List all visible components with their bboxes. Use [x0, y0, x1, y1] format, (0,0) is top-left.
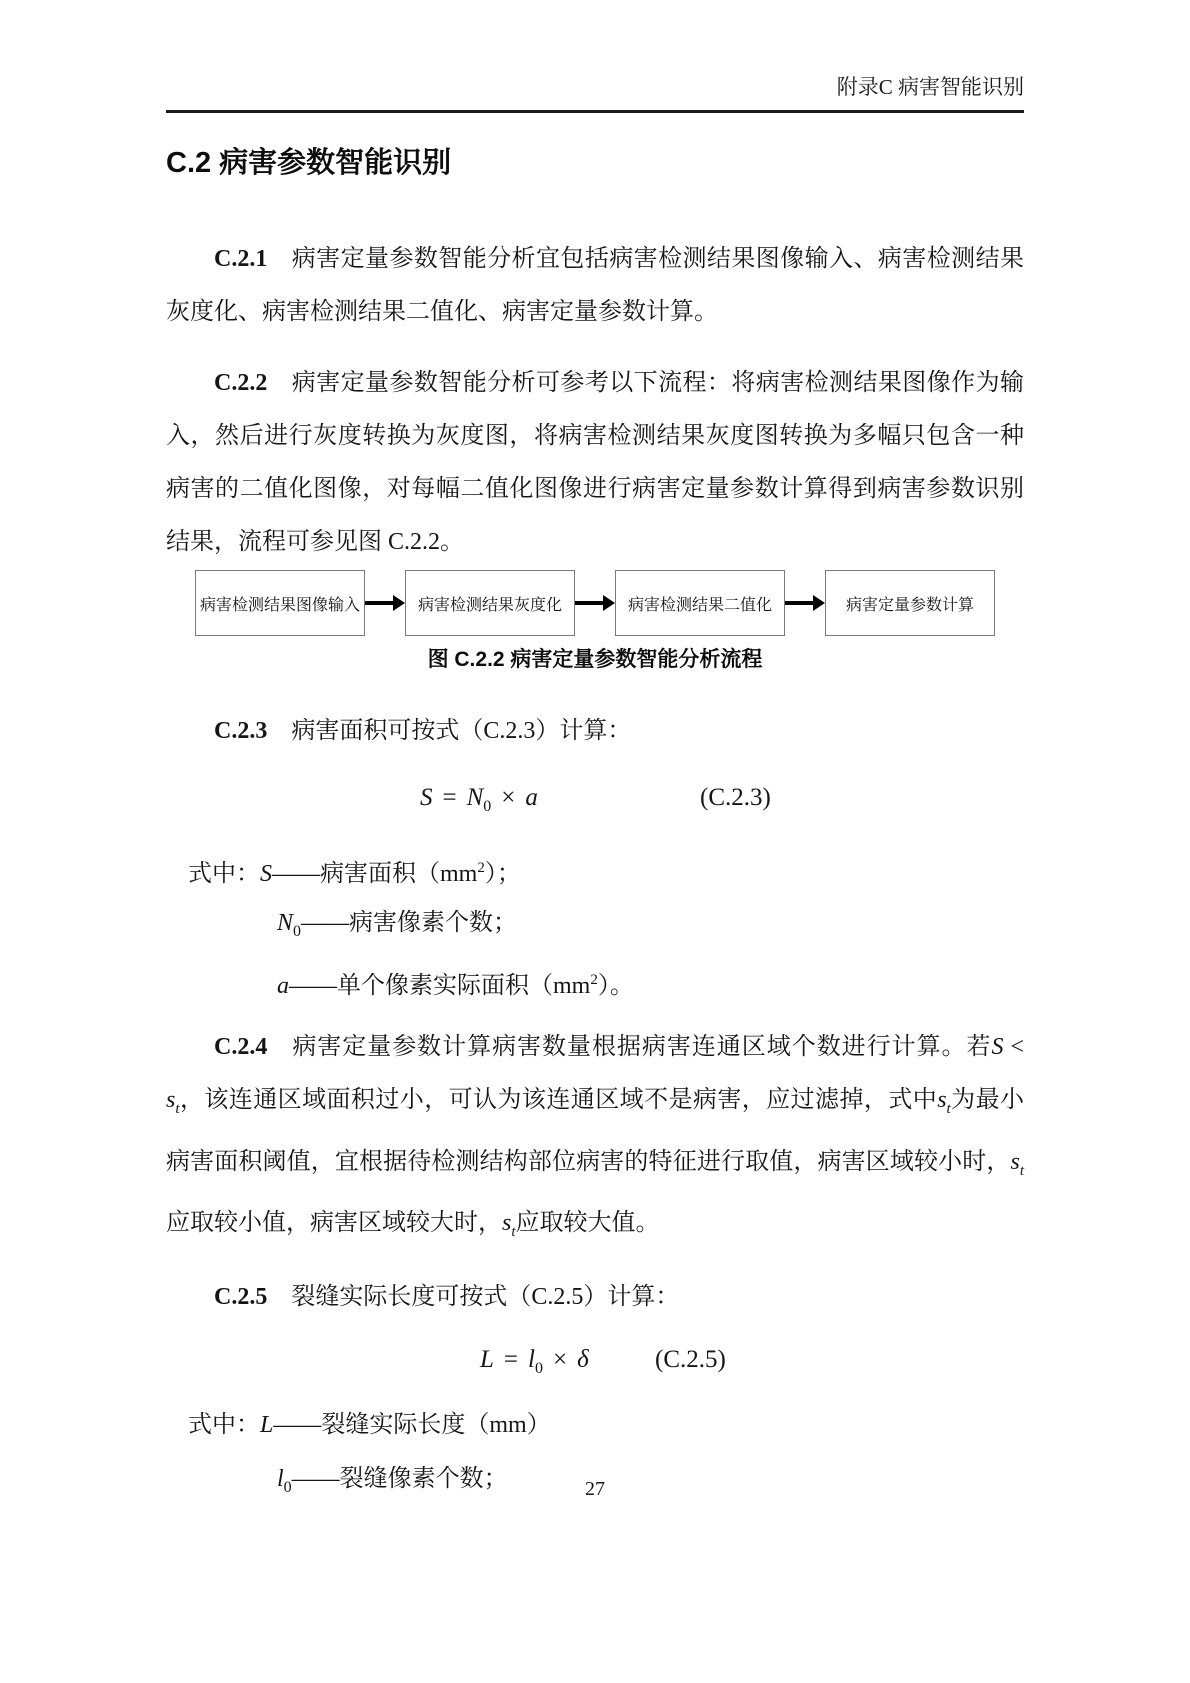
- clause-text-c24: 应取较大值。: [516, 1210, 660, 1236]
- page-header: 附录C 病害智能识别: [166, 74, 1024, 100]
- arrow-shaft: [575, 601, 603, 605]
- clause-number-c21: C.2.1: [214, 246, 267, 272]
- paragraph-c23: C.2.3病害面积可按式（C.2.3）计算：: [166, 705, 1024, 758]
- definition-text: ）；: [485, 861, 521, 887]
- formula-var-delta: δ: [577, 1346, 589, 1373]
- formula-number: (C.2.3): [700, 780, 771, 816]
- page-number: 27: [0, 1478, 1190, 1501]
- arrow-head: [603, 595, 615, 611]
- formula-var-a: a: [525, 784, 538, 811]
- document-page: 附录C 病害智能识别 C.2 病害参数智能识别 C.2.1病害定量参数智能分析宜…: [0, 0, 1190, 1683]
- where-prefix: 式中：: [188, 1412, 260, 1438]
- definition-term-L: L: [260, 1412, 273, 1438]
- paragraph-c25: C.2.5裂缝实际长度可按式（C.2.5）计算：: [166, 1271, 1024, 1324]
- clause-number-c23: C.2.3: [214, 718, 267, 744]
- less-than-sign: <: [1003, 1034, 1024, 1060]
- arrow-head: [813, 595, 825, 611]
- where-prefix: 式中：: [188, 861, 260, 887]
- formula-number: (C.2.5): [655, 1342, 726, 1378]
- inline-var-S: S: [991, 1034, 1003, 1060]
- superscript-2: 2: [477, 860, 485, 876]
- definition-line: 式中：L——裂缝实际长度（mm）: [166, 1398, 1024, 1452]
- definition-subscript: 0: [293, 923, 301, 940]
- multiply-sign: ×: [491, 784, 525, 811]
- formula-subscript: 0: [535, 1360, 543, 1377]
- inline-subscript-t: t: [1020, 1162, 1024, 1178]
- formula-var-L: L: [480, 1346, 494, 1373]
- definition-text: ——病害面积（mm: [272, 861, 477, 887]
- definition-line: 式中：S——病害面积（mm2）；: [166, 844, 1024, 899]
- header-rule: [166, 110, 1024, 113]
- definition-term-N: N: [277, 910, 293, 936]
- clause-text-c24: ，该连通区域面积过小，可认为该连通区域不是病害，应过滤掉，式中: [180, 1087, 938, 1113]
- equals-sign: =: [494, 1346, 528, 1373]
- clause-text-c22: 病害定量参数智能分析可参考以下流程：将病害检测结果图像作为输入，然后进行灰度转换…: [166, 370, 1024, 555]
- arrow-shaft: [785, 601, 813, 605]
- formula-var-S: S: [420, 784, 433, 811]
- flowchart-box-label: 病害检测结果二值化: [628, 592, 772, 615]
- flowchart-box-grayscale: 病害检测结果灰度化: [405, 570, 575, 636]
- clause-text-c24: 病害定量参数计算病害数量根据病害连通区域个数进行计算。若: [291, 1034, 991, 1060]
- formula-expression: L=l0×δ: [480, 1346, 589, 1373]
- superscript-2: 2: [590, 972, 598, 988]
- formula-c25: L=l0×δ(C.2.5): [166, 1342, 1024, 1378]
- inline-var-s: s: [1010, 1149, 1019, 1175]
- flowchart-figure: 病害检测结果图像输入 病害检测结果灰度化 病害检测结果二值化 病害定量参数计算: [166, 569, 1024, 637]
- flowchart-box-parameter-calc: 病害定量参数计算: [825, 570, 995, 636]
- definition-line: a——单个像素实际面积（mm2）。: [166, 956, 1024, 1011]
- formula-var-l: l: [528, 1346, 535, 1373]
- clause-text-c23: 病害面积可按式（C.2.3）计算：: [291, 718, 631, 744]
- right-arrow-icon: [575, 595, 615, 611]
- flowchart-box-label: 病害检测结果灰度化: [418, 592, 562, 615]
- definition-text: ——裂缝实际长度（mm）: [273, 1412, 550, 1438]
- paragraph-c22: C.2.2病害定量参数智能分析可参考以下流程：将病害检测结果图像作为输入，然后进…: [166, 357, 1024, 569]
- figure-caption: 图 C.2.2 病害定量参数智能分析流程: [166, 645, 1024, 675]
- flowchart-box-binarization: 病害检测结果二值化: [615, 570, 785, 636]
- definition-term-S: S: [260, 861, 272, 887]
- definition-text: ——单个像素实际面积（mm: [289, 973, 590, 999]
- arrow-shaft: [365, 601, 393, 605]
- clause-text-c24: 应取较小值，病害区域较大时，: [166, 1210, 502, 1236]
- flowchart-box-label: 病害定量参数计算: [846, 592, 974, 615]
- formula-c23: S=N0×a(C.2.3): [166, 780, 1024, 816]
- multiply-sign: ×: [543, 1346, 577, 1373]
- arrow-head: [393, 595, 405, 611]
- right-arrow-icon: [365, 595, 405, 611]
- formula-expression: S=N0×a: [420, 784, 538, 811]
- clause-text-c25: 裂缝实际长度可按式（C.2.5）计算：: [291, 1284, 679, 1310]
- clause-number-c22: C.2.2: [214, 370, 267, 396]
- definition-text: ——病害像素个数；: [301, 910, 517, 936]
- inline-var-s: s: [937, 1087, 946, 1113]
- definition-text: ）。: [598, 973, 634, 999]
- header-text: 附录C 病害智能识别: [837, 75, 1024, 99]
- section-title: C.2 病害参数智能识别: [166, 143, 1024, 183]
- formula-var-N: N: [467, 784, 484, 811]
- paragraph-c21: C.2.1病害定量参数智能分析宜包括病害检测结果图像输入、病害检测结果灰度化、病…: [166, 233, 1024, 339]
- inline-var-s: s: [502, 1210, 511, 1236]
- inline-var-s: s: [166, 1087, 175, 1113]
- flowchart-box-label: 病害检测结果图像输入: [200, 592, 360, 615]
- definition-line: N0——病害像素个数；: [166, 899, 1024, 956]
- paragraph-c24: C.2.4病害定量参数计算病害数量根据病害连通区域个数进行计算。若S < st，…: [166, 1021, 1024, 1259]
- definition-term-a: a: [277, 973, 289, 999]
- right-arrow-icon: [785, 595, 825, 611]
- equals-sign: =: [433, 784, 467, 811]
- flowchart-box-image-input: 病害检测结果图像输入: [195, 570, 365, 636]
- definitions-c23: 式中：S——病害面积（mm2）； N0——病害像素个数； a——单个像素实际面积…: [166, 844, 1024, 1011]
- clause-text-c21: 病害定量参数智能分析宜包括病害检测结果图像输入、病害检测结果灰度化、病害检测结果…: [166, 246, 1024, 325]
- clause-number-c25: C.2.5: [214, 1284, 267, 1310]
- clause-number-c24: C.2.4: [214, 1034, 267, 1060]
